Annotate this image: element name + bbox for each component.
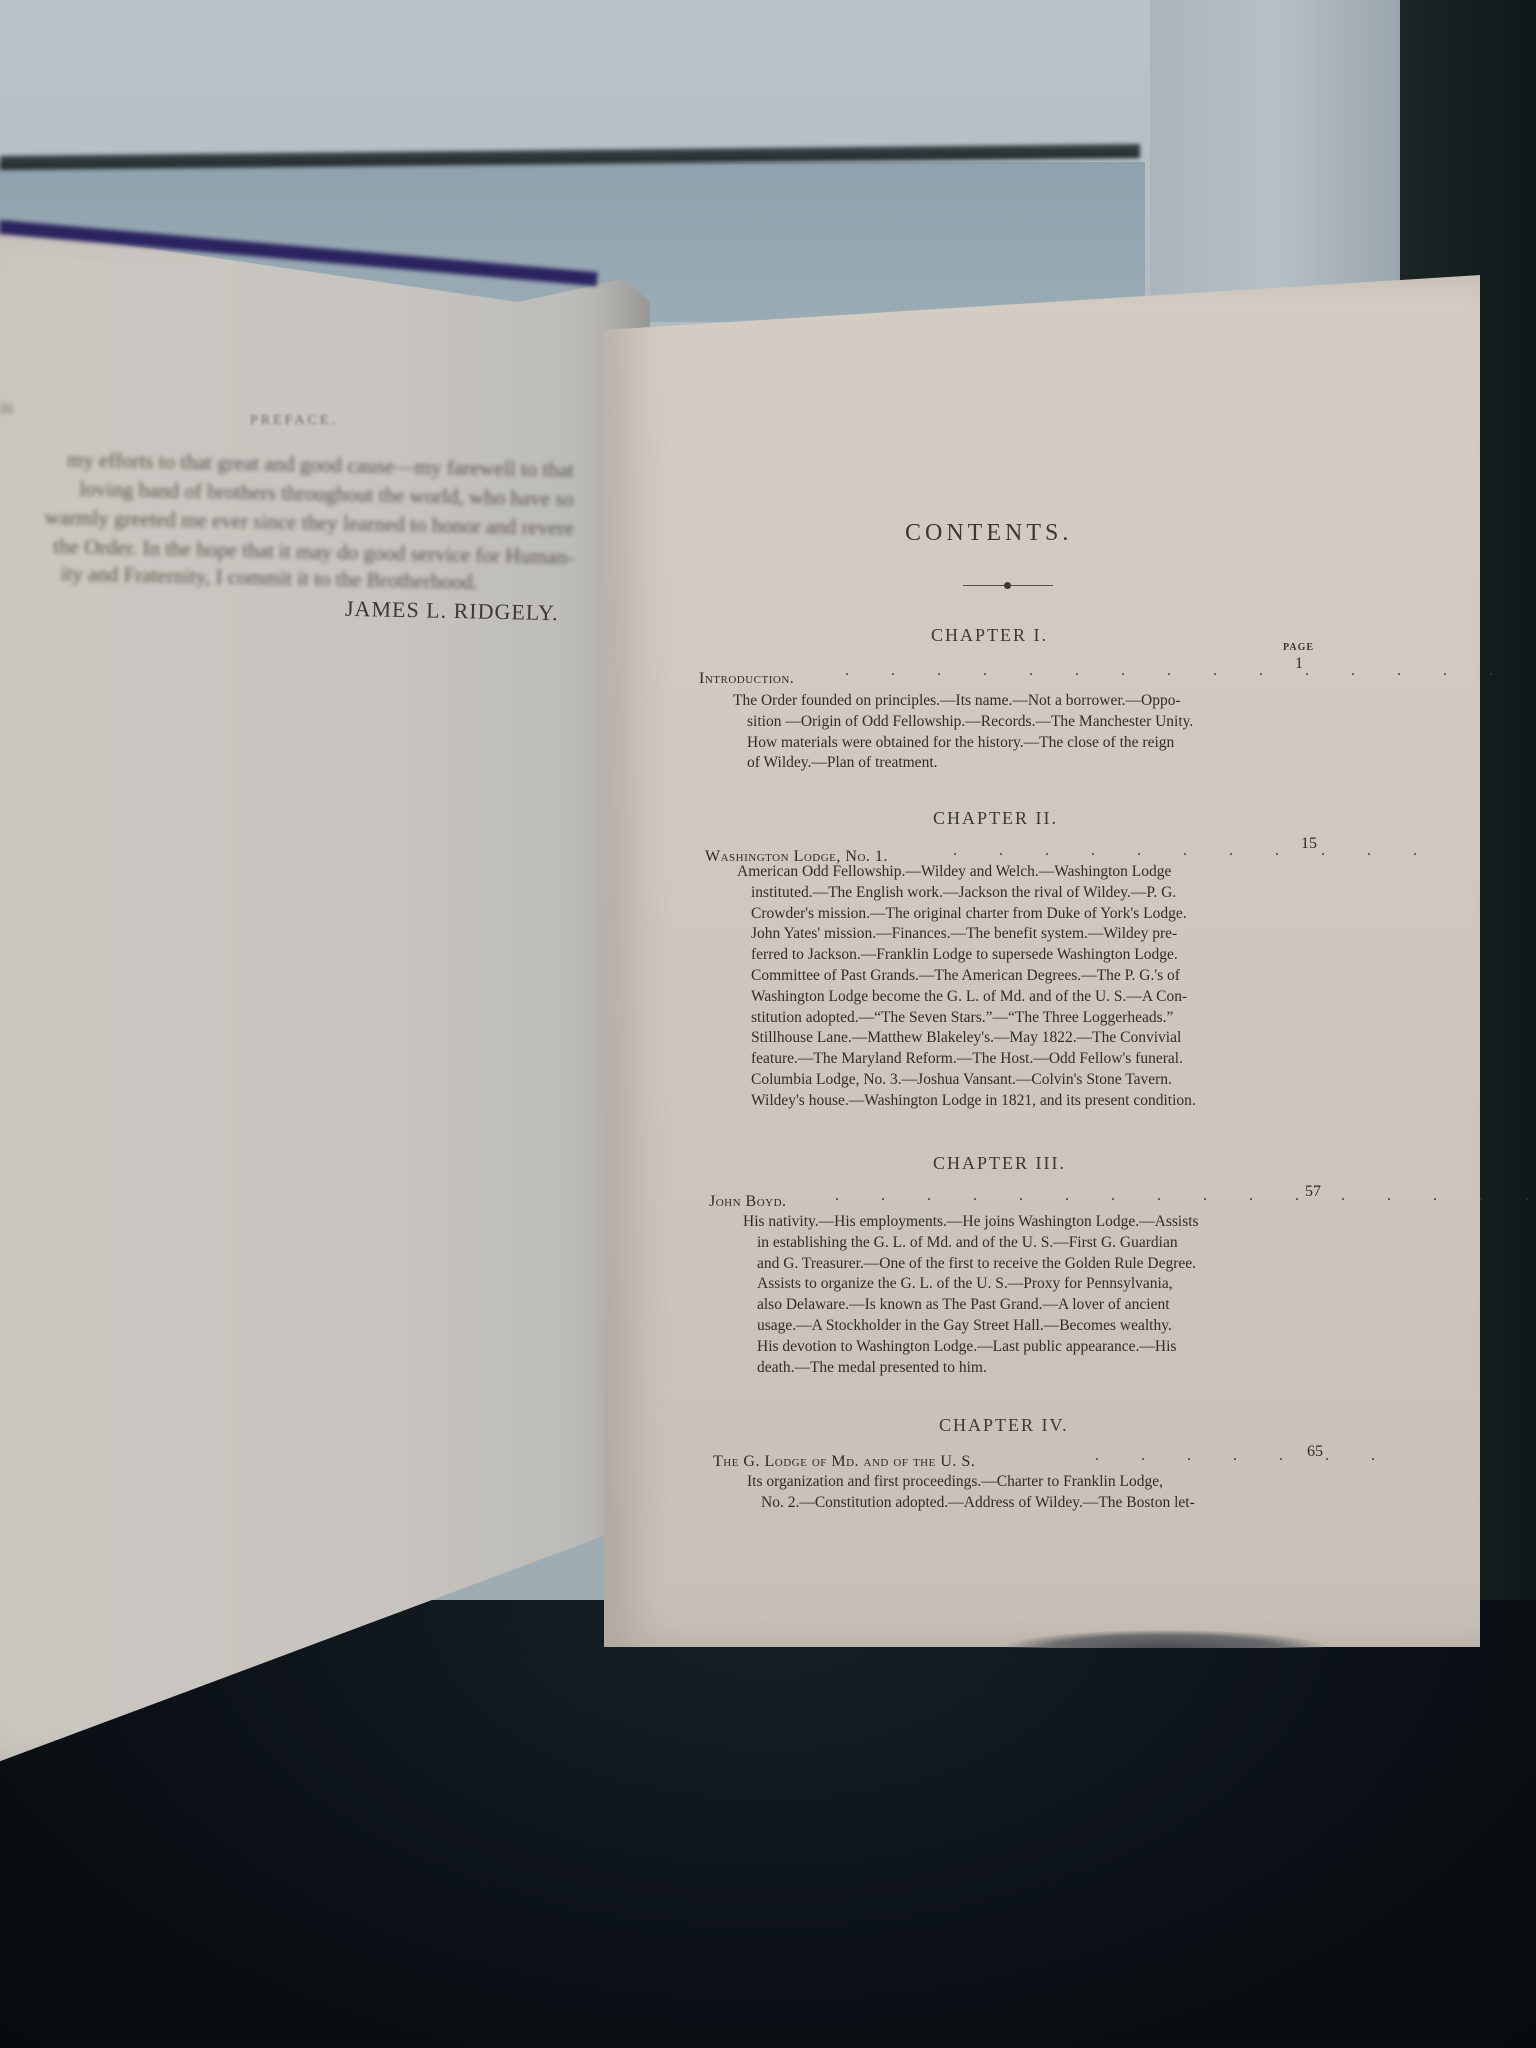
dot-leaders: . . . . . . . . . . . . . . . [845, 662, 1512, 680]
chapter-summary: Its organization and first proceedings.—… [747, 1472, 1195, 1514]
chapter-summary: The Order founded on principles.—Its nam… [733, 691, 1193, 774]
dot-leaders: . . . . . . . . . . . . . . . . . [835, 1187, 1536, 1205]
page-stain [1005, 1630, 1325, 1648]
chapter-summary: American Odd Fellowship.—Wildey and Welc… [737, 862, 1196, 1112]
page-title: CONTENTS. [905, 520, 1072, 547]
entry-title[interactable]: Introduction. [699, 670, 794, 688]
left-page-number: iii [0, 400, 13, 418]
chapter-heading: CHAPTER II. [933, 808, 1058, 829]
left-running-head: PREFACE. [250, 413, 338, 429]
chapter-heading: CHAPTER IV. [939, 1415, 1069, 1436]
dot-leaders: . . . . . . . [1095, 1447, 1394, 1465]
entry-title[interactable]: John Boyd. [709, 1193, 787, 1211]
chapter-summary: His nativity.—His employments.—He joins … [743, 1212, 1199, 1378]
background-post [1150, 0, 1400, 330]
page-column-label: PAGE [1283, 642, 1314, 653]
chapter-heading: CHAPTER III. [933, 1153, 1066, 1174]
page-number: 65 [1307, 1443, 1323, 1461]
ornament-divider [963, 585, 1053, 586]
page-number: 15 [1301, 835, 1317, 853]
chapter-heading: CHAPTER I. [931, 625, 1048, 646]
entry-title[interactable]: The G. Lodge of Md. and of the U. S. [713, 1453, 975, 1471]
preface-signature: JAMES L. RIDGELY. [345, 596, 559, 626]
dot-leaders: . . . . . . . . . . . [953, 842, 1436, 860]
page-number: 57 [1305, 1183, 1321, 1201]
page-number: 1 [1295, 655, 1303, 673]
